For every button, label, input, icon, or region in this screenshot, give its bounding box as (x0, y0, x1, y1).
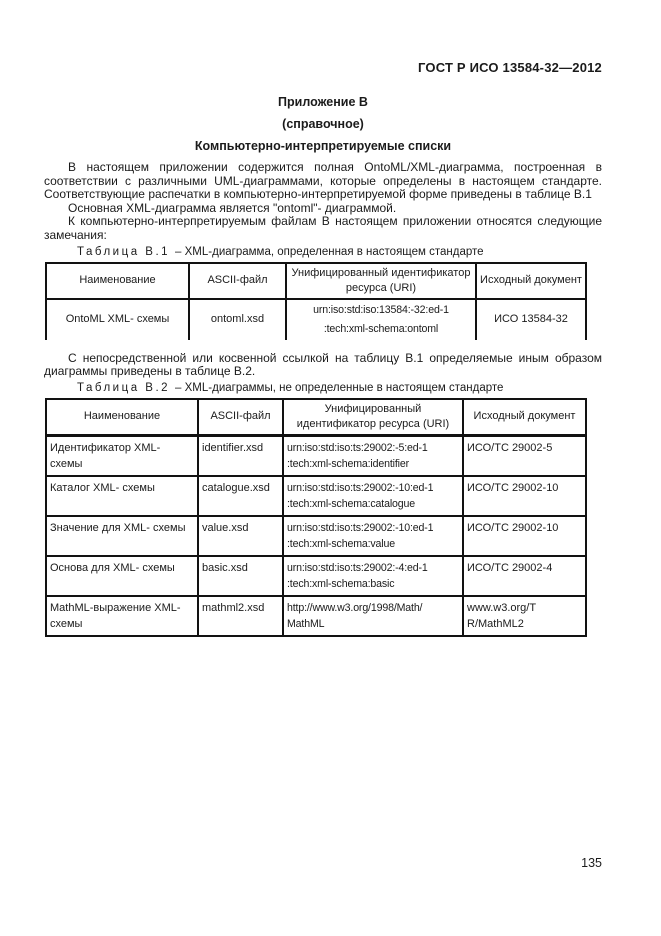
table-cell-source-doc: ИСО/ТС 29002-5 (463, 435, 586, 476)
table-cell-name: OntoML XML- схемы (46, 299, 189, 340)
table-b2-caption-label: Таблица В.2 (77, 382, 170, 394)
table-cell-ascii-file: mathml2.xsd (198, 596, 283, 636)
table-cell-source-doc: ИСО/ТС 29002-10 (463, 516, 586, 556)
table-b1-caption-text: – XML-диаграмма, определенная в настояще… (175, 246, 484, 258)
column-header-uri: Унифицированный идентификатор ресурса (U… (286, 263, 476, 299)
appendix-heading: Компьютерно-интерпретируемые списки (44, 135, 602, 157)
paragraph-3: К компьютерно-интерпретируемым файлам В … (44, 215, 602, 242)
paragraph-4: С непосредственной или косвенной ссылкой… (44, 352, 602, 379)
table-row: Каталог XML- схемы catalogue.xsd urn:iso… (46, 476, 586, 516)
table-cell-ascii-file: catalogue.xsd (198, 476, 283, 516)
doc-standard-number: ГОСТ Р ИСО 13584-32—2012 (44, 0, 602, 75)
table-b1-caption-label: Таблица В.1 (77, 246, 170, 258)
table-cell-uri: urn:iso:std:iso:13584:-32:ed-1 :tech:xml… (286, 299, 476, 340)
table-cell-uri: urn:iso:std:iso:ts:29002:-10:ed-1 :tech:… (283, 516, 463, 556)
body-text-2: С непосредственной или косвенной ссылкой… (44, 352, 602, 379)
appendix-title: Приложение В (44, 91, 602, 113)
column-header-uri-line1: Унифицированный (287, 402, 459, 417)
table-row: Значение для XML- схемы value.xsd urn:is… (46, 516, 586, 556)
table-cell-uri: http://www.w3.org/1998/Math/ MathML (283, 596, 463, 636)
table-row: Основа для XML- схемы basic.xsd urn:iso:… (46, 556, 586, 596)
column-header-uri-line2: идентификатор ресурса (URI) (287, 417, 459, 432)
table-cell-name: Идентификатор XML- схемы (46, 435, 198, 476)
table-cell-ascii-file: ontoml.xsd (189, 299, 286, 340)
paragraph-1: В настоящем приложении содержится полная… (44, 161, 602, 202)
table-row: MathML-выражение XML- схемы mathml2.xsd … (46, 596, 586, 636)
column-header-uri-line1: Унифицированный идентификатор (290, 266, 472, 281)
table-cell-source-doc: www.w3.org/T R/MathML2 (463, 596, 586, 636)
table-row: OntoML XML- схемы ontoml.xsd urn:iso:std… (46, 299, 586, 340)
body-text: В настоящем приложении содержится полная… (44, 161, 602, 243)
appendix-subtitle: (справочное) (44, 113, 602, 135)
table-cell-name: MathML-выражение XML- схемы (46, 596, 198, 636)
table-cell-ascii-file: identifier.xsd (198, 435, 283, 476)
table-cell-source-doc: ИСО/ТС 29002-4 (463, 556, 586, 596)
column-header-uri: Унифицированный идентификатор ресурса (U… (283, 399, 463, 436)
table-cell-name: Каталог XML- схемы (46, 476, 198, 516)
table-cell-ascii-file: value.xsd (198, 516, 283, 556)
table-row: Идентификатор XML- схемы identifier.xsd … (46, 435, 586, 476)
page-number: 135 (44, 856, 602, 870)
document-page: ГОСТ Р ИСО 13584-32—2012 Приложение В (с… (44, 0, 602, 637)
table-cell-uri: urn:iso:std:iso:ts:29002:-4:ed-1 :tech:x… (283, 556, 463, 596)
table-cell-name: Значение для XML- схемы (46, 516, 198, 556)
table-cell-source-doc: ИСО/ТС 29002-10 (463, 476, 586, 516)
table-cell-uri: urn:iso:std:iso:ts:29002:-5:ed-1 :tech:x… (283, 435, 463, 476)
table-b2: Наименование ASCII-файл Унифицированный … (45, 398, 587, 637)
column-header-ascii-file: ASCII-файл (189, 263, 286, 299)
table-b1: Наименование ASCII-файл Унифицированный … (45, 262, 587, 340)
column-header-ascii-file: ASCII-файл (198, 399, 283, 436)
table-b1-header-row: Наименование ASCII-файл Унифицированный … (46, 263, 586, 299)
column-header-name: Наименование (46, 399, 198, 436)
table-cell-source-doc: ИСО 13584-32 (476, 299, 586, 340)
table-b1-caption: Таблица В.1– XML-диаграмма, определенная… (77, 245, 602, 259)
paragraph-2: Основная XML-диаграмма является "ontoml"… (44, 202, 602, 216)
table-b2-caption-text: – XML-диаграммы, не определенные в насто… (175, 382, 503, 394)
table-cell-name: Основа для XML- схемы (46, 556, 198, 596)
column-header-source-doc: Исходный документ (476, 263, 586, 299)
table-b2-caption: Таблица В.2– XML-диаграммы, не определен… (77, 381, 602, 395)
column-header-uri-line2: ресурса (URI) (290, 281, 472, 296)
column-header-name: Наименование (46, 263, 189, 299)
table-b2-header-row: Наименование ASCII-файл Унифицированный … (46, 399, 586, 436)
table-cell-ascii-file: basic.xsd (198, 556, 283, 596)
table-cell-uri: urn:iso:std:iso:ts:29002:-10:ed-1 :tech:… (283, 476, 463, 516)
column-header-source-doc: Исходный документ (463, 399, 586, 436)
appendix-heading-block: Приложение В (справочное) Компьютерно-ин… (44, 91, 602, 157)
